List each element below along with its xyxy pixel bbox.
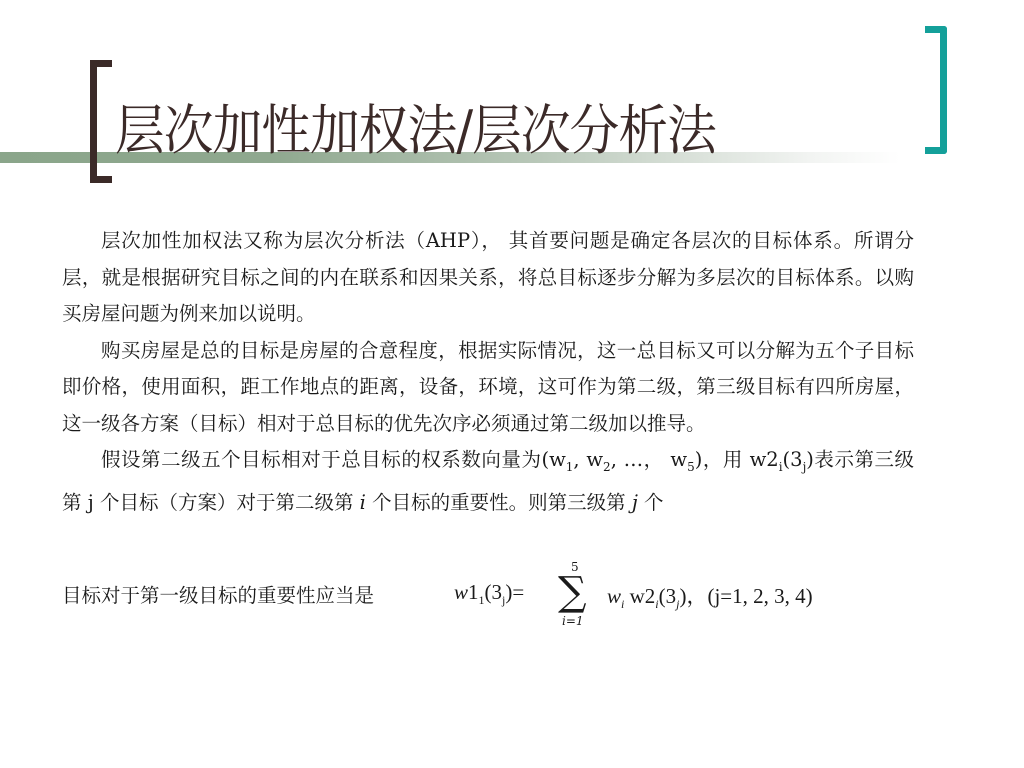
right-bracket-decoration — [925, 26, 947, 154]
slide-title: 层次加性加权法/层次分析法 — [115, 100, 716, 162]
sum-lower-limit: i=1 — [562, 614, 584, 628]
slide-body: 层次加性加权法又称为层次分析法（AHP）， 其首要问题是确定各层次的目标体系。所… — [62, 223, 914, 522]
formula-lhs: w11(3j)= — [454, 580, 524, 608]
paragraph-3: 假设第二级五个目标相对于总目标的权系数向量为(w1, w2, …， w5)，用 … — [62, 442, 914, 522]
left-bracket-decoration — [90, 60, 112, 183]
formula-lead-text: 目标对于第一级目标的重要性应当是 — [62, 580, 374, 608]
paragraph-2: 购买房屋是总的目标是房屋的合意程度，根据实际情况，这一总目标又可以分解为五个子目… — [62, 333, 914, 443]
formula-rhs: wi w2i(3j)，(j=1, 2, 3, 4) — [607, 580, 813, 612]
paragraph-1: 层次加性加权法又称为层次分析法（AHP）， 其首要问题是确定各层次的目标体系。所… — [62, 223, 914, 333]
formula-line: 目标对于第一级目标的重要性应当是 w11(3j)= 5 ∑ i=1 wi w2i… — [62, 566, 942, 626]
summation-symbol: ∑ — [558, 572, 587, 612]
